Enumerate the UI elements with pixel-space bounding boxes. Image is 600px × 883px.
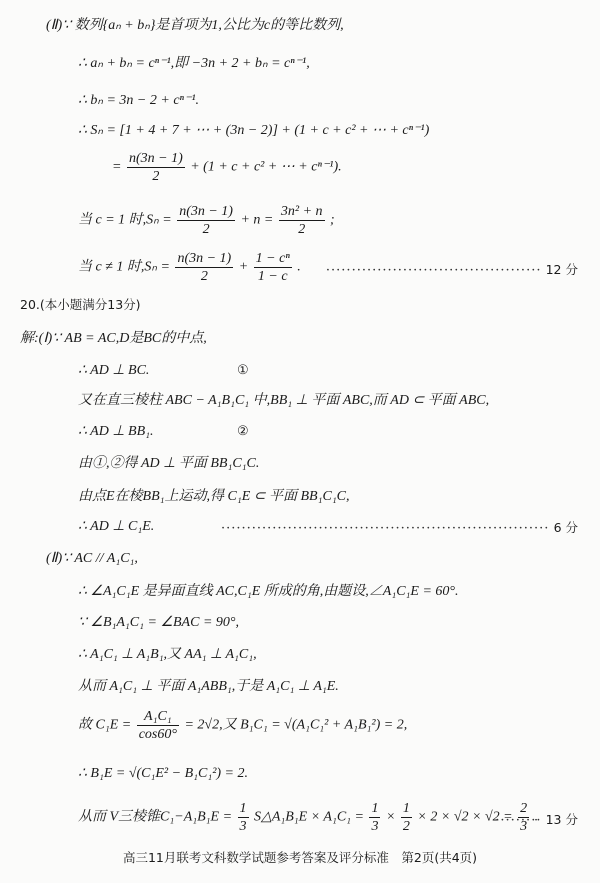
- case-label: 当 c = 1 时,Sₙ =: [78, 213, 172, 228]
- numerator: n(3n − 1): [127, 150, 185, 168]
- geometric-sum: + (1 + c + c² + ⋯ + cⁿ⁻¹).: [190, 160, 341, 175]
- q20-angle-90: ∵ ∠B₁A₁C₁ = ∠BAC = 90°,: [78, 614, 239, 632]
- q20-point-e: 由点E在棱BB₁上运动,得 C₁E ⊂ 平面 BB₁C₁C,: [78, 488, 350, 506]
- leader-dots: ·········: [495, 813, 541, 828]
- numerator: 1: [369, 800, 380, 818]
- q20-part1-premise: 解:(Ⅰ)∵ AB = AC,D是BC的中点,: [20, 330, 207, 348]
- q20-perp-a1b1: ∴ A₁C₁ ⊥ A₁B₁,又 AA₁ ⊥ A₁C₁,: [78, 646, 257, 664]
- case-c-not-1: 当 c ≠ 1 时,Sₙ = n(3n − 1)2 + 1 − cⁿ1 − c …: [78, 250, 301, 285]
- numerator: 1: [238, 800, 249, 818]
- q20-b1e-length: ∴ B₁E = √(C₁E² − B₁C₁²) = 2.: [78, 765, 248, 783]
- plus-sign: +: [239, 260, 248, 275]
- q20-ad-perp-bb1: ∴ AD ⊥ BB₁.: [78, 423, 153, 441]
- q20-volume: 从而 V三棱锥C₁−A₁B₁E = 13 S△A₁B₁E × A₁C₁ = 13…: [78, 800, 538, 835]
- q20-part2-premise: (Ⅱ)∵ AC // A₁C₁,: [46, 550, 138, 568]
- case-label: 当 c ≠ 1 时,Sₙ =: [78, 260, 170, 275]
- numerator: n(3n − 1): [177, 203, 235, 221]
- q20-prism-statement: 又在直三棱柱 ABC − A₁B₁C₁ 中,BB₁ ⊥ 平面 ABC,而 AD …: [78, 392, 489, 410]
- part2-sn-simplified: = n(3n − 1)2 + (1 + c + c² + ⋯ + cⁿ⁻¹).: [112, 150, 342, 185]
- equals-sign: =: [112, 160, 121, 175]
- denominator: 2: [401, 818, 412, 835]
- numerator: 1 − cⁿ: [254, 250, 292, 268]
- q20-ad-perp-bc: ∴ AD ⊥ BC.: [78, 362, 149, 380]
- part2-premise: (Ⅱ)∵ 数列{aₙ + bₙ}是首项为1,公比为c的等比数列,: [46, 17, 344, 35]
- numerator: A₁C₁: [137, 708, 179, 726]
- q20-angle-60: ∴ ∠A₁C₁E 是异面直线 AC,C₁E 所成的角,由题设,∠A₁C₁E = …: [78, 583, 459, 601]
- denominator: 3: [238, 818, 249, 835]
- q20-c1e-length: 故 C₁E = A₁C₁cos60° = 2√2,又 B₁C₁ = √(A₁C₁…: [78, 708, 407, 743]
- fraction: A₁C₁cos60°: [137, 708, 179, 743]
- c1e-label: 故 C₁E =: [78, 718, 131, 733]
- volume-label: 从而 V三棱锥C₁−A₁B₁E =: [78, 810, 232, 825]
- leader-dots: ········································…: [326, 263, 542, 278]
- plus-n: + n =: [240, 213, 273, 228]
- denominator: 2: [175, 268, 233, 285]
- circled-2: ②: [237, 423, 249, 441]
- q20-ad-perp-plane: 由①,②得 AD ⊥ 平面 BB₁C₁C.: [78, 455, 259, 473]
- score-12: ········································…: [326, 260, 578, 278]
- semicolon: ;: [330, 213, 335, 228]
- score-label: 6 分: [554, 520, 578, 535]
- fraction: 3n² + n2: [279, 203, 325, 238]
- period: .: [297, 260, 301, 275]
- fraction: 13: [369, 800, 380, 835]
- part2-step-ab: ∴ aₙ + bₙ = cⁿ⁻¹,即 −3n + 2 + bₙ = cⁿ⁻¹,: [78, 55, 310, 73]
- circled-1: ①: [237, 362, 249, 380]
- numerator: 3n² + n: [279, 203, 325, 221]
- part2-bn: ∴ bₙ = 3n − 2 + cⁿ⁻¹.: [78, 92, 199, 110]
- part2-sn-sum: ∴ Sₙ = [1 + 4 + 7 + ⋯ + (3n − 2)] + (1 +…: [78, 122, 429, 140]
- fraction: n(3n − 1)2: [177, 203, 235, 238]
- score-13: ········· 13 分: [495, 810, 578, 828]
- denominator: 1 − c: [254, 268, 292, 285]
- denominator: 3: [369, 818, 380, 835]
- case-c-equals-1: 当 c = 1 时,Sₙ = n(3n − 1)2 + n = 3n² + n2…: [78, 203, 335, 238]
- page-footer: 高三11月联考文科数学试题参考答案及评分标准 第2页(共4页): [0, 848, 600, 866]
- numerator: 1: [401, 800, 412, 818]
- score-label: 13 分: [546, 812, 578, 827]
- fraction: n(3n − 1)2: [127, 150, 185, 185]
- question-20-header: 20.(本小题满分13分): [20, 296, 141, 314]
- q20-perp-a1e: 从而 A₁C₁ ⊥ 平面 A₁ABB₁,于是 A₁C₁ ⊥ A₁E.: [78, 678, 339, 696]
- q20-ad-perp-c1e: ∴ AD ⊥ C₁E.: [78, 518, 154, 536]
- score-6: ········································…: [221, 518, 578, 536]
- fraction: 1 − cⁿ1 − c: [254, 250, 292, 285]
- fraction: n(3n − 1)2: [175, 250, 233, 285]
- score-label: 12 分: [546, 262, 578, 277]
- fraction: 12: [401, 800, 412, 835]
- denominator: 2: [127, 168, 185, 185]
- numerator: n(3n − 1): [175, 250, 233, 268]
- denominator: 2: [279, 221, 325, 238]
- fraction: 13: [238, 800, 249, 835]
- area-term: S△A₁B₁E × A₁C₁ =: [254, 810, 364, 825]
- leader-dots: ········································…: [221, 521, 549, 536]
- denominator: cos60°: [137, 726, 179, 743]
- b1c1-length: = 2√2,又 B₁C₁ = √(A₁C₁² + A₁B₁²) = 2,: [184, 718, 407, 733]
- times-sign: ×: [386, 810, 395, 825]
- denominator: 2: [177, 221, 235, 238]
